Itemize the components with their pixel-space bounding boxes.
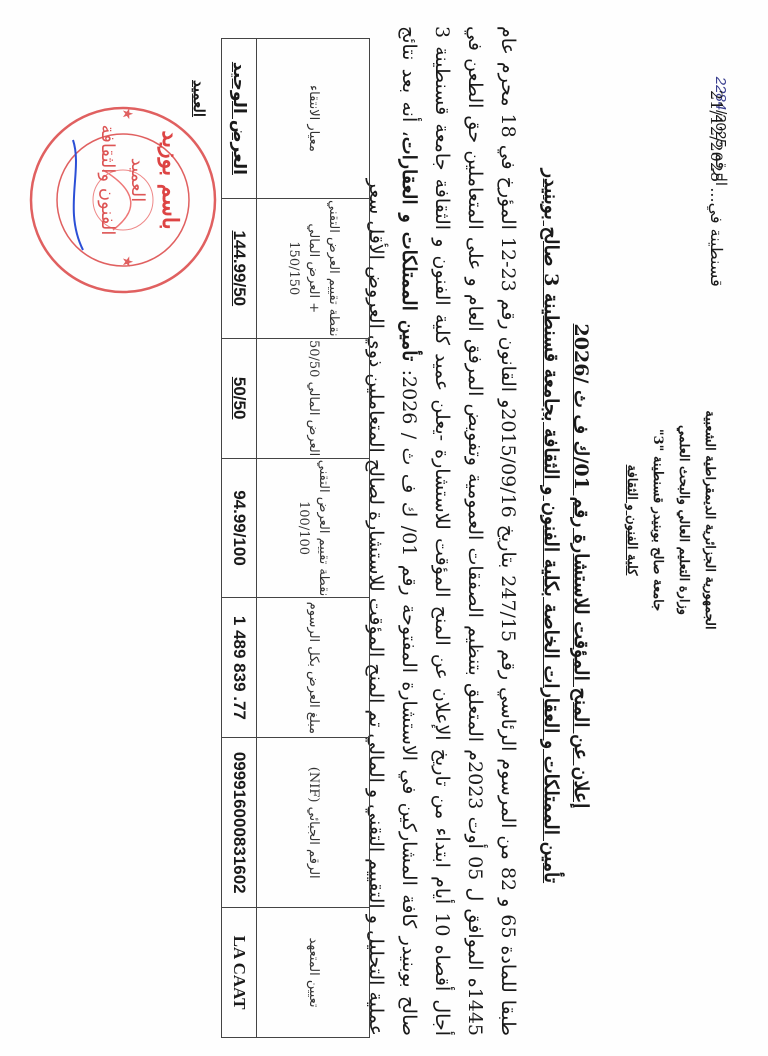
body-subject: تأمين الممتلكات و العقارات — [398, 137, 420, 362]
university-name: جامعة صالح بوبنيدر قسنطينة "3" — [644, 300, 670, 740]
header-criterion: معيار الانتقاء — [257, 39, 370, 199]
stamp-faculty: الفنون والثقافة — [97, 30, 118, 330]
stamp-role: العميد — [127, 30, 148, 330]
announcement-subtitle: تأمين الممتلكات و العقارات الخاصة بكلية … — [540, 36, 562, 1016]
header-bidder: تعيين المتعهد — [257, 908, 370, 1038]
date-value: 21/12/2025 — [707, 90, 726, 182]
document-date: قسنطينة في... 21/12/2025 — [707, 90, 726, 287]
cell-nif: 099916000831602 — [222, 738, 257, 908]
cell-financial-score: 50/50 — [222, 338, 257, 458]
cell-technical-score: 94.99/100 — [222, 458, 257, 598]
official-stamp-icon: ★ ★ — [23, 100, 223, 300]
header-amount: مبلغ العرض بكل الرسوم — [257, 598, 370, 738]
header-financial-score: العرض المالي 50/50 — [257, 338, 370, 458]
results-table: تعيين المتعهد الرقم الجبائي (NIF) مبلغ ا… — [221, 38, 370, 1038]
table-header-row: تعيين المتعهد الرقم الجبائي (NIF) مبلغ ا… — [257, 39, 370, 1038]
letterhead: الجمهورية الجزائرية الديمقراطية الشعبية … — [618, 300, 722, 740]
table-row: LA CAAT 099916000831602 1 489 839 .77 94… — [222, 39, 257, 1038]
header-technical-score: نقطة تقييم العرض التقني 100/100 — [257, 458, 370, 598]
header-nif: الرقم الجبائي (NIF) — [257, 738, 370, 908]
title-line-1: إعلان عن المنح المؤقت للاستشارة رقم 01/ك… — [570, 324, 592, 809]
cell-bidder: LA CAAT — [222, 908, 257, 1038]
ministry-name: وزارة التعليم العالي والبحث العلمي — [670, 300, 696, 740]
cell-amount: 1 489 839 .77 — [222, 598, 257, 738]
announcement-title: إعلان عن المنح المؤقت للاستشارة رقم 01/ك… — [570, 116, 592, 1016]
republic-name: الجمهورية الجزائرية الديمقراطية الشعبية — [696, 300, 722, 740]
header-total-score: نقطة تقييم العرض التقني + العرض المالي 1… — [257, 198, 370, 338]
scanned-document: الرقم 2284/2025 الجمهورية الجزائرية الدي… — [0, 0, 768, 1056]
title-line-2: تأمين الممتلكات و العقارات الخاصة بكلية … — [540, 169, 562, 883]
date-place: قسنطينة في... — [707, 187, 726, 286]
faculty-name: كلية الفنون و الثقافة — [618, 300, 644, 740]
cell-total-score: 144.99/50 — [222, 198, 257, 338]
stamp-name: باسم بوزيد — [157, 30, 183, 330]
cell-criterion: العرض الوحيد — [222, 39, 257, 199]
announcement-body: طبقا للمادة 65 و 82 من المرسوم الرئاسي ر… — [359, 26, 524, 1036]
